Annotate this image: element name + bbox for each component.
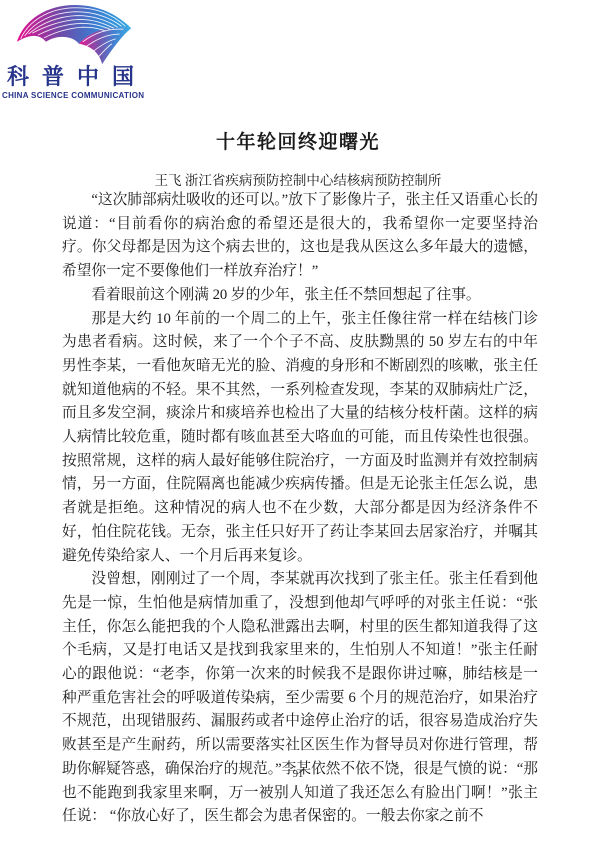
brand-name-chinese: 科普中国 <box>7 60 147 91</box>
paragraph-1: “这次肺部病灶吸收的还可以。”放下了影像片子，张主任又语重心长的说道：“目前看你… <box>62 189 538 284</box>
brand-name-english: CHINA SCIENCE COMMUNICATION <box>2 91 144 100</box>
document-page: 科普中国 CHINA SCIENCE COMMUNICATION 十年轮回终迎曙… <box>0 0 596 842</box>
article-byline: 王飞 浙江省疾病预防控制中心结核病预防控制所 <box>0 169 596 189</box>
brand-logo: 科普中国 CHINA SCIENCE COMMUNICATION <box>0 0 170 108</box>
paragraph-4: 没曾想，刚刚过了一个周，李某就再次找到了张主任。张主任看到他先是一惊，生怕他是病… <box>62 568 538 829</box>
logo-swoosh-icon <box>13 3 137 67</box>
article-body: “这次肺部病灶吸收的还可以。”放下了影像片子，张主任又语重心长的说道：“目前看你… <box>62 189 538 829</box>
paragraph-2: 看着眼前这个刚满 20 岁的少年，张主任不禁回想起了往事。 <box>62 284 538 308</box>
article-title: 十年轮回终迎曙光 <box>0 127 596 154</box>
paragraph-3: 那是大约 10 年前的一个周二的上午，张主任像往常一样在结核门诊为患者看病。这时… <box>62 308 538 569</box>
page-number: 91 <box>0 769 596 780</box>
